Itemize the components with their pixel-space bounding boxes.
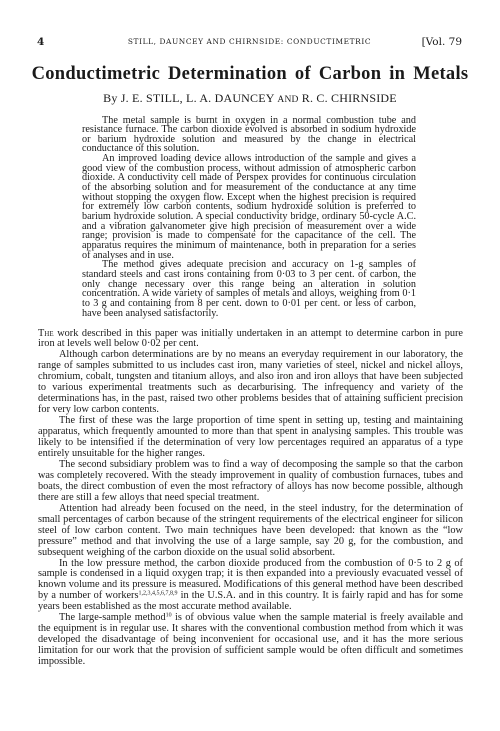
article-title: Conductimetric Determination of Carbon i…: [0, 64, 500, 85]
author-chirnside: R. C. CHIRNSIDE: [302, 91, 397, 105]
body-paragraph: Attention had already been focused on th…: [38, 504, 463, 559]
body-paragraph: The first of these was the large proport…: [38, 416, 463, 460]
abstract-paragraph: The metal sample is burnt in oxygen in a…: [82, 116, 416, 155]
body-paragraph: The large-sample method10 is of obvious …: [38, 613, 463, 668]
volume-label: [Vol. 79: [422, 36, 462, 48]
author-still: J. E. STILL,: [121, 91, 183, 105]
abstract-paragraph: An improved loading device allows introd…: [82, 154, 416, 260]
body-paragraph: The second subsidiary problem was to fin…: [38, 460, 463, 504]
byline-by: By: [103, 91, 117, 105]
running-head-title: STILL, DAUNCEY AND CHIRNSIDE: CONDUCTIME…: [37, 37, 462, 46]
author-dauncey: L. A. DAUNCEY: [186, 91, 274, 105]
byline-and: and: [277, 95, 298, 105]
body-paragraph: In the low pressure method, the carbon d…: [38, 559, 463, 614]
reference-superscript: 1,2,3,4,5,6,7,8,9: [138, 591, 177, 597]
abstract-paragraph: The method gives adequate precision and …: [82, 260, 416, 318]
article-body: The work described in this paper was ini…: [38, 329, 463, 669]
running-header: 4 STILL, DAUNCEY AND CHIRNSIDE: CONDUCTI…: [37, 36, 462, 50]
abstract: The metal sample is burnt in oxygen in a…: [82, 116, 416, 319]
body-paragraph: Although carbon determinations are by no…: [38, 350, 463, 416]
lead-word: The: [38, 328, 54, 339]
body-paragraph: The work described in this paper was ini…: [38, 329, 463, 351]
byline: By J. E. STILL, L. A. DAUNCEY and R. C. …: [0, 91, 500, 106]
body-text: The large-sample method: [59, 612, 166, 623]
journal-page: 4 STILL, DAUNCEY AND CHIRNSIDE: CONDUCTI…: [0, 0, 500, 731]
body-text: work described in this paper was initial…: [38, 328, 463, 350]
